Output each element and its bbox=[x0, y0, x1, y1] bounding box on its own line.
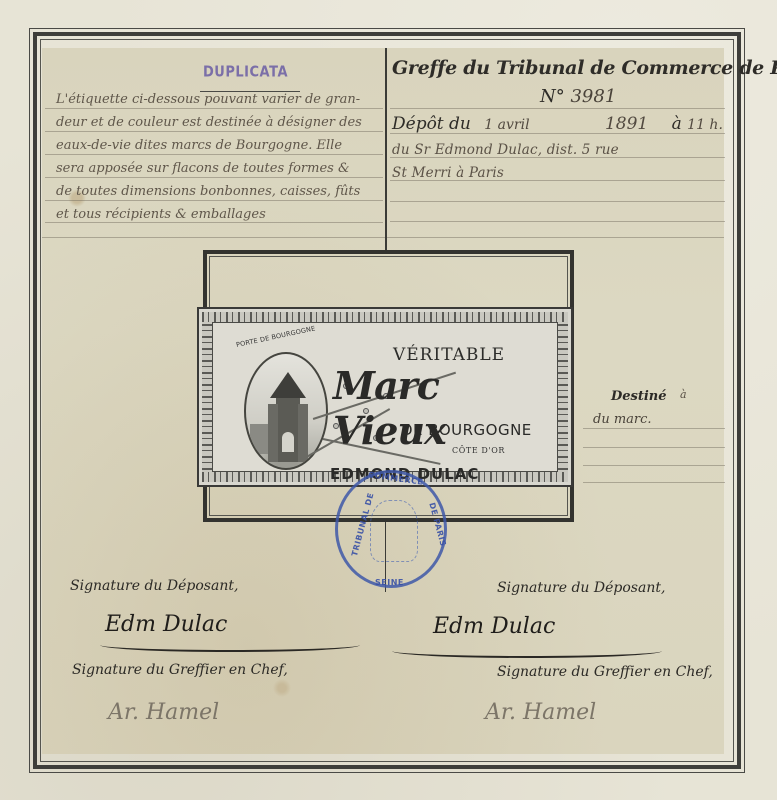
gate-arch bbox=[282, 432, 294, 452]
ruled-line bbox=[583, 465, 725, 466]
house-left bbox=[250, 424, 268, 454]
depositor-signature-label-right: Signature du Déposant, bbox=[497, 580, 665, 596]
deposit-year: 1891 bbox=[605, 114, 648, 134]
medallion-caption: PORTE DE BOURGOGNE bbox=[235, 320, 334, 349]
label-region: DE BOURGOGNE bbox=[401, 421, 532, 439]
number-label: N° bbox=[540, 86, 565, 107]
deposit-line: Dépôt du 1 avril 1891 à 11 h. bbox=[392, 114, 723, 134]
ruled-line bbox=[390, 201, 725, 202]
address-line: St Merri à Paris bbox=[392, 165, 504, 181]
ruled-line bbox=[45, 177, 383, 178]
column-divider bbox=[385, 48, 387, 250]
ruled-line bbox=[583, 447, 725, 448]
label-panel: PORTE DE BOURGOGNE VÉRITABLE Marc Vieux … bbox=[212, 322, 558, 472]
destination-value: du marc. bbox=[593, 412, 652, 427]
ruled-line bbox=[583, 428, 725, 429]
gate-tower-left bbox=[268, 404, 278, 462]
depositor-signature-left: Edm Dulac bbox=[105, 612, 227, 637]
destination-label: Destiné bbox=[611, 389, 667, 404]
note-line: de toutes dimensions bonbonnes, caisses,… bbox=[56, 184, 360, 199]
product-label: PORTE DE BOURGOGNE VÉRITABLE Marc Vieux … bbox=[197, 307, 573, 487]
depositor-signature-label-left: Signature du Déposant, bbox=[70, 578, 238, 594]
note-line: L'étiquette ci-dessous pouvant varier de… bbox=[56, 92, 360, 107]
seal-text-bottom: SEINE bbox=[375, 578, 404, 587]
signature-flourish-right bbox=[392, 644, 662, 658]
deposit-label: Dépôt du bbox=[392, 114, 471, 134]
ruled-line bbox=[42, 237, 724, 238]
note-line: et tous récipients & emballages bbox=[56, 207, 266, 222]
ruled-line bbox=[45, 200, 383, 201]
ruled-line bbox=[45, 222, 383, 223]
registry-number: N° 3981 bbox=[540, 86, 616, 107]
ruled-line bbox=[390, 108, 725, 109]
ruled-line bbox=[45, 131, 383, 132]
note-line: deur et de couleur est destinée à désign… bbox=[56, 115, 362, 130]
seal-figure bbox=[370, 500, 418, 562]
number-value: 3981 bbox=[570, 86, 616, 107]
destination-suffix: à bbox=[680, 388, 687, 401]
depositor-line: du Sr Edmond Dulac, dist. 5 rue bbox=[392, 142, 619, 158]
clerk-signature-label-left: Signature du Greffier en Chef, bbox=[72, 662, 288, 678]
duplicata-stamp: DUPLICATA bbox=[203, 64, 288, 81]
clerk-signature-label-right: Signature du Greffier en Chef, bbox=[497, 664, 713, 680]
deposit-date: 1 avril bbox=[484, 117, 529, 133]
label-veritable: VÉRITABLE bbox=[393, 345, 505, 365]
note-line: sera apposée sur flacons de toutes forme… bbox=[56, 161, 350, 176]
clerk-signature-right: Ar. Hamel bbox=[485, 700, 596, 725]
clerk-signature-left: Ar. Hamel bbox=[108, 700, 219, 725]
depositor-signature-right: Edm Dulac bbox=[433, 614, 555, 639]
ruled-line bbox=[390, 221, 725, 222]
registry-title: Greffe du Tribunal de Commerce de Paris. bbox=[392, 57, 777, 79]
deposit-time-label: à bbox=[672, 114, 682, 134]
label-product-name: Marc Vieux bbox=[333, 363, 557, 453]
label-subregion: CÔTE D'OR bbox=[452, 446, 505, 455]
note-line: eaux-de-vie dites marcs de Bourgogne. El… bbox=[56, 138, 342, 153]
signature-flourish-left bbox=[100, 638, 360, 652]
gate-roof bbox=[270, 372, 306, 398]
ruled-line bbox=[583, 482, 725, 483]
ruled-line bbox=[45, 154, 383, 155]
ruled-line bbox=[45, 108, 383, 109]
gate-tower-right bbox=[298, 404, 308, 462]
deposit-time: 11 h. bbox=[687, 117, 723, 133]
